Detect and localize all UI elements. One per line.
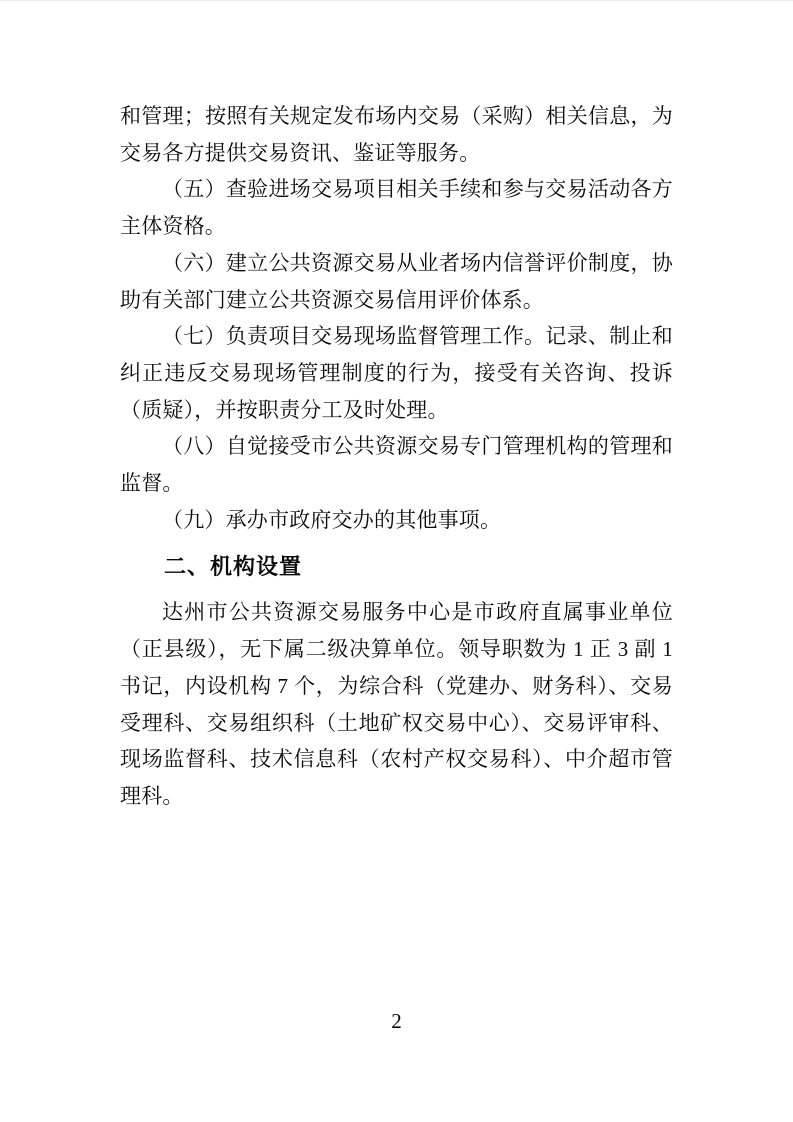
list-item-5: （五）查验进场交易项目相关手续和参与交易活动各方主体资格。 <box>120 171 673 244</box>
document-page: 和管理；按照有关规定发布场内交易（采购）相关信息，为交易各方提供交易资讯、鉴证等… <box>0 0 793 1122</box>
document-body: 和管理；按照有关规定发布场内交易（采购）相关信息，为交易各方提供交易资讯、鉴证等… <box>120 98 673 815</box>
paragraph-continuation: 和管理；按照有关规定发布场内交易（采购）相关信息，为交易各方提供交易资讯、鉴证等… <box>120 98 673 171</box>
page-number: 2 <box>0 1007 793 1035</box>
section-heading: 二、机构设置 <box>120 548 673 585</box>
list-item-6: （六）建立公共资源交易从业者场内信誉评价制度，协助有关部门建立公共资源交易信用评… <box>120 245 673 318</box>
list-item-9: （九）承办市政府交办的其他事项。 <box>120 502 673 539</box>
list-item-7: （七）负责项目交易现场监督管理工作。记录、制止和纠正违反交易现场管理制度的行为，… <box>120 318 673 428</box>
section-paragraph: 达州市公共资源交易服务中心是市政府直属事业单位（正县级），无下属二级决算单位。领… <box>120 594 673 814</box>
list-item-8: （八）自觉接受市公共资源交易专门管理机构的管理和监督。 <box>120 428 673 501</box>
